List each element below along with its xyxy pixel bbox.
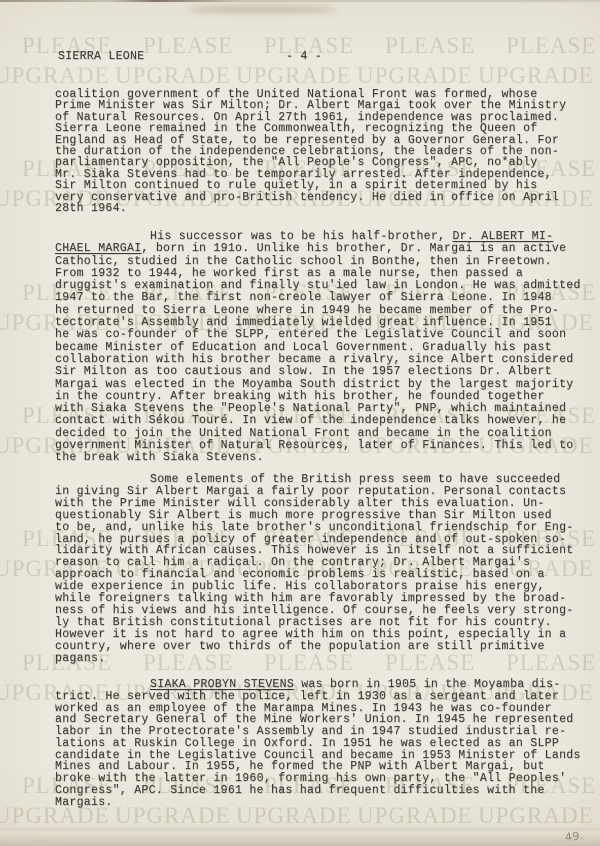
text-line: Margais. <box>55 797 587 809</box>
watermark-word: UPGRADE <box>478 63 599 89</box>
paragraph-1: coalition government of the United Natio… <box>55 89 587 214</box>
scanned-document-page: PLEASEPLEASEPLEASEPLEASEPLEASEPLEASEUPGR… <box>0 0 600 846</box>
scan-top-edge <box>0 0 600 2</box>
text-line: with the Prime Minister will considerabl… <box>55 498 587 510</box>
text-line: 28th 1964. <box>55 203 587 214</box>
text-line: to be, and, unlike his late brother's un… <box>55 522 587 534</box>
text-line: pagans. <box>55 653 587 665</box>
text-line: Sierra Leone remained in the Commonwealt… <box>55 123 587 134</box>
watermark-word: PLEASE <box>264 33 385 59</box>
text-line: the break with Siaka Stevens. <box>55 452 587 464</box>
text-line: very conservative and pro-British tenden… <box>55 192 587 203</box>
paragraph-4: SIAKA PROBYN STEVENS was born in 1905 in… <box>55 679 587 808</box>
watermark-word: UPGRADE <box>0 63 115 89</box>
text-line: ly that British constitutional practises… <box>55 617 587 629</box>
paragraph-2: His successor was to be his half-brother… <box>55 231 587 465</box>
document-title: SIERRA LEONE <box>58 50 144 63</box>
underlined-text: Dr. ALBERT MI- <box>452 230 553 243</box>
watermark-word: PLEASE <box>506 33 600 59</box>
text-line: country, where over two thirds of the po… <box>55 641 587 653</box>
text-line: However it is not hard to agree with him… <box>55 629 587 641</box>
underlined-text: CHAEL MARGAI <box>55 242 141 255</box>
scan-bottom-edge <box>0 832 600 846</box>
watermark-word: UPGRADE <box>115 63 236 89</box>
text-line: CHAEL MARGAI, born in 191o. Unlike his b… <box>55 243 587 255</box>
text-line: 1947 to the Bar, the first non-creole la… <box>55 292 587 304</box>
watermark-row-upgrade: UPGRADEUPGRADEUPGRADEUPGRADEUPGRADEUPGRA… <box>0 63 600 89</box>
text-line: SIAKA PROBYN STEVENS was born in 1905 in… <box>55 679 587 691</box>
text-line: labor in the Protectorate's Assembly and… <box>55 726 587 738</box>
text-line: he was co-founder of the SLPP, entered t… <box>55 329 587 341</box>
text-line: trict. He served with the police, left i… <box>55 691 587 703</box>
paragraph-3: Some elements of the British press seem … <box>55 474 587 665</box>
text-line: lations at Ruskin College in Oxford. In … <box>55 738 587 750</box>
text-line: questionably Sir Albert is much more pro… <box>55 510 587 522</box>
watermark-word: UPGRADE <box>357 63 478 89</box>
scan-smudge <box>188 5 336 14</box>
scan-bottom-streak <box>0 828 600 830</box>
text-line: Congress", APC. Since 1961 he has had fr… <box>55 785 587 797</box>
text-line: Margai was elected in the Moyamba South … <box>55 379 587 391</box>
text-line: Sir Milton continued to rule quietly, in… <box>55 180 587 191</box>
page-number: - 4 - <box>286 50 322 63</box>
text-segment: , born in 191o. Unlike his brother, Dr. … <box>141 242 566 255</box>
watermark-word: UPGRADE <box>236 63 357 89</box>
text-line: Sir Milton as too cautious and slow. In … <box>55 366 587 378</box>
text-line: broke with the latter in 1960, forming h… <box>55 773 587 785</box>
watermark-word: PLEASE <box>143 33 264 59</box>
text-segment: His successor was to be his half-brother… <box>150 230 452 243</box>
watermark-word: PLEASE <box>385 33 506 59</box>
text-line: contact with Sékou Touré. In view of the… <box>55 415 587 427</box>
